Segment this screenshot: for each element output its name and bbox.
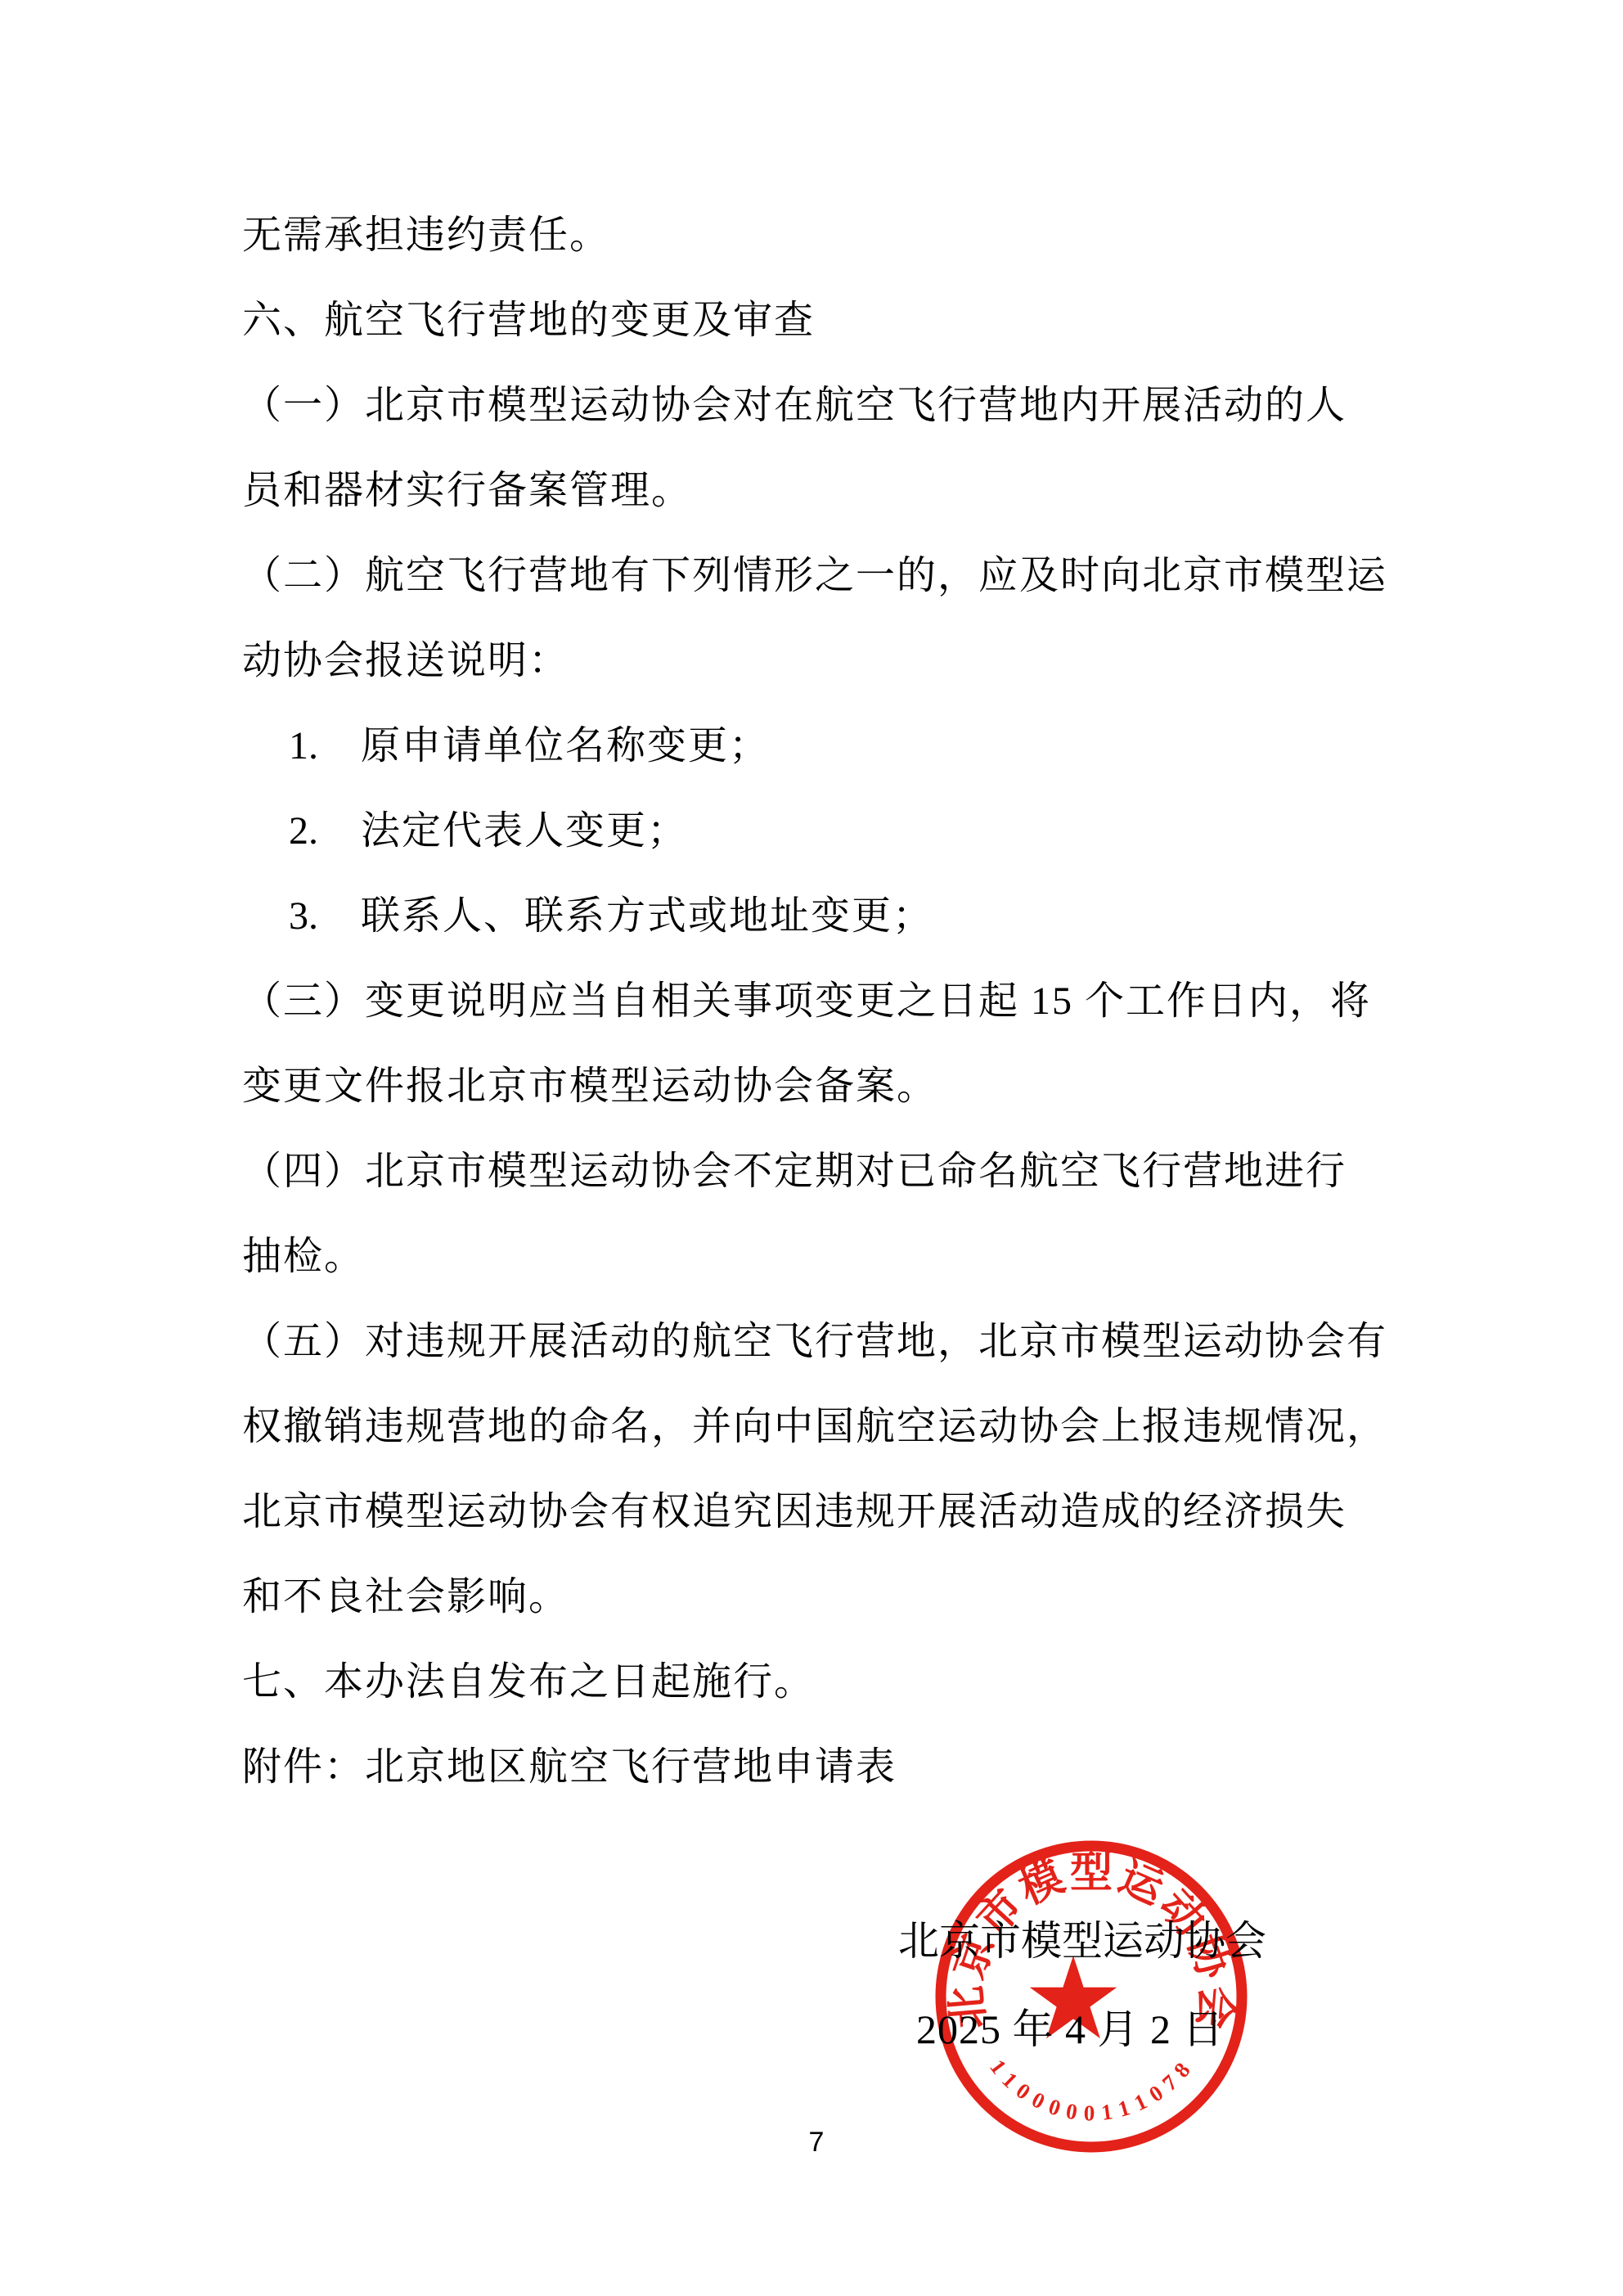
body-line: 和不良社会影响。 (242, 1555, 1428, 1640)
list-item-text: 原申请单位名称变更； (361, 724, 770, 768)
body-line: （一）北京市模型运动协会对在航空飞行营地内开展活动的人 (242, 363, 1428, 448)
document-page: 北 京 市 模 型 运 动 协 会 1 1 0 0 0 0 0 1 1 1 0 … (0, 0, 1623, 2296)
body-line: 北京市模型运动协会有权追究因违规开展活动造成的经济损失 (242, 1470, 1428, 1555)
list-item: 3.联系人、联系方式或地址变更； (242, 874, 1428, 959)
document-body: 无需承担违约责任。 六、航空飞行营地的变更及审查 （一）北京市模型运动协会对在航… (242, 193, 1428, 1810)
body-line: 动协会报送说明： (242, 619, 1428, 704)
attachment-line: 附件：北京地区航空飞行营地申请表 (242, 1725, 1428, 1810)
body-line: （五）对违规开展活动的航空飞行营地，北京市模型运动协会有 (242, 1299, 1428, 1384)
official-seal: 北 京 市 模 型 运 动 协 会 1 1 0 0 0 0 0 1 1 1 0 … (928, 1833, 1255, 2160)
list-item-text: 法定代表人变更； (361, 809, 688, 853)
list-item: 1.原申请单位名称变更； (242, 704, 1428, 789)
list-number: 2. (289, 789, 361, 874)
body-line: 员和器材实行备案管理。 (242, 448, 1428, 533)
section-heading: 七、本办法自发布之日起施行。 (242, 1640, 1428, 1725)
list-item-text: 联系人、联系方式或地址变更； (361, 894, 933, 938)
body-line: （三）变更说明应当自相关事项变更之日起 15 个工作日内，将 (242, 959, 1428, 1044)
list-number: 3. (289, 874, 361, 959)
signature-org: 北京市模型运动协会 (898, 1918, 1266, 1964)
body-line: 抽检。 (242, 1214, 1428, 1299)
seal-arc-char: 型 (1070, 1853, 1113, 1895)
list-item: 2.法定代表人变更； (242, 789, 1428, 874)
section-heading: 六、航空飞行营地的变更及审查 (242, 278, 1428, 363)
body-line: 权撤销违规营地的命名，并向中国航空运动协会上报违规情况， (242, 1384, 1428, 1470)
seal-serial-digit: 0 (1084, 2102, 1095, 2124)
body-line: （二）航空飞行营地有下列情形之一的，应及时向北京市模型运 (242, 533, 1428, 619)
page-number: 7 (784, 2124, 849, 2160)
signature-date: 2025 年 4 月 2 日 (916, 2006, 1225, 2052)
body-line: 变更文件报北京市模型运动协会备案。 (242, 1044, 1428, 1129)
body-line: （四）北京市模型运动协会不定期对已命名航空飞行营地进行 (242, 1129, 1428, 1214)
body-line: 无需承担违约责任。 (242, 193, 1428, 278)
list-number: 1. (289, 704, 361, 789)
